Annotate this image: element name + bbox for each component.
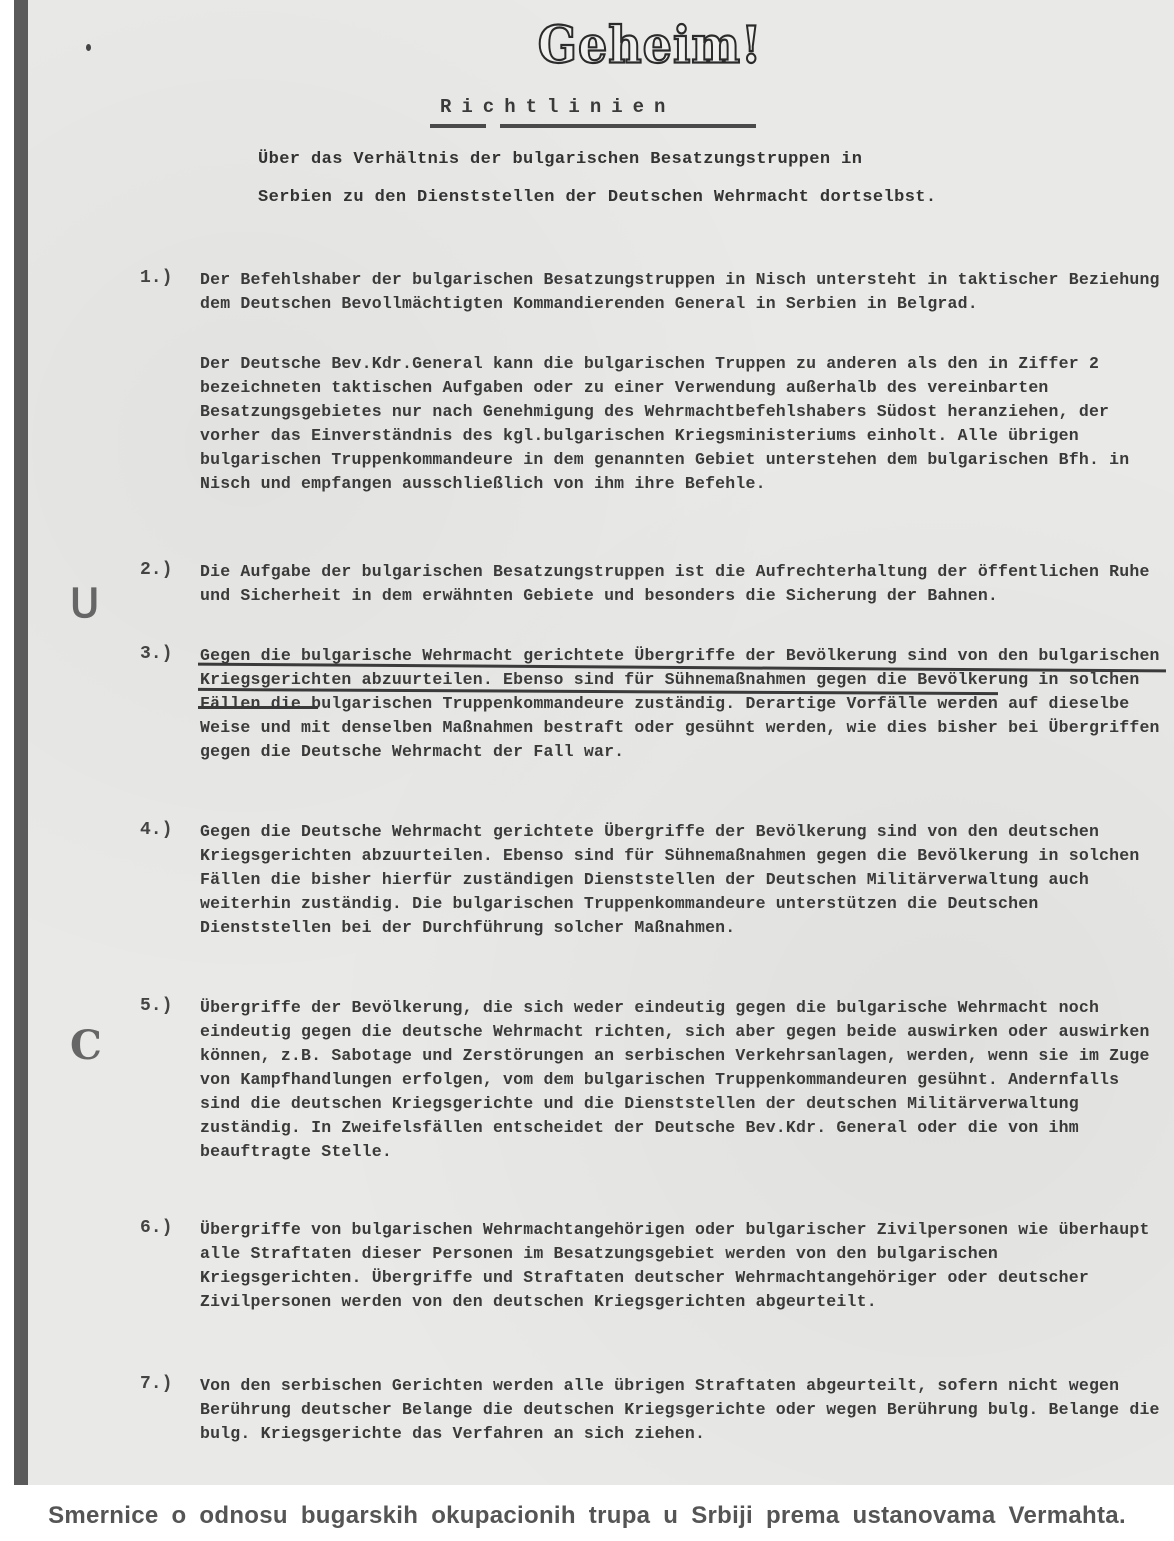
binding-edge xyxy=(14,0,28,1485)
figure-caption: Smernice o odnosu bugarskih okupacionih … xyxy=(0,1502,1174,1530)
section-paragraph: Übergriffe der Bevölkerung, die sich wed… xyxy=(200,996,1166,1164)
margin-handwritten-mark: C xyxy=(70,1022,102,1069)
section-paragraph: Gegen die bulgarische Wehrmacht gerichte… xyxy=(200,644,1166,764)
section-number: 6.) xyxy=(140,1218,172,1238)
section-paragraph: Von den serbischen Gerichten werden alle… xyxy=(200,1374,1166,1446)
section-number: 4.) xyxy=(140,820,172,840)
document-title: Richtlinien xyxy=(440,96,675,118)
section-number: 7.) xyxy=(140,1374,172,1394)
section-paragraph: Übergriffe von bulgarischen Wehrmachtang… xyxy=(200,1218,1166,1314)
section-number: 5.) xyxy=(140,996,172,1016)
section-number: 2.) xyxy=(140,560,172,580)
title-underline xyxy=(430,124,486,128)
margin-handwritten-mark: ᑌ xyxy=(70,580,99,627)
title-underline xyxy=(500,124,756,128)
subtitle-line-2: Serbien zu den Dienststellen der Deutsch… xyxy=(258,188,937,207)
section-paragraph: Der Befehlshaber der bulgarischen Besatz… xyxy=(200,268,1166,316)
ink-speck xyxy=(86,44,91,51)
section-number: 3.) xyxy=(140,644,172,664)
subtitle-line-1: Über das Verhältnis der bulgarischen Bes… xyxy=(258,150,862,169)
strikethrough-line xyxy=(198,706,318,709)
section-paragraph: Die Aufgabe der bulgarischen Besatzungst… xyxy=(200,560,1166,608)
section-number: 1.) xyxy=(140,268,172,288)
secret-stamp: Geheim! xyxy=(520,15,780,74)
section-paragraph: Gegen die Deutsche Wehrmacht gerichtete … xyxy=(200,820,1166,940)
section-paragraph: Der Deutsche Bev.Kdr.General kann die bu… xyxy=(200,352,1166,496)
